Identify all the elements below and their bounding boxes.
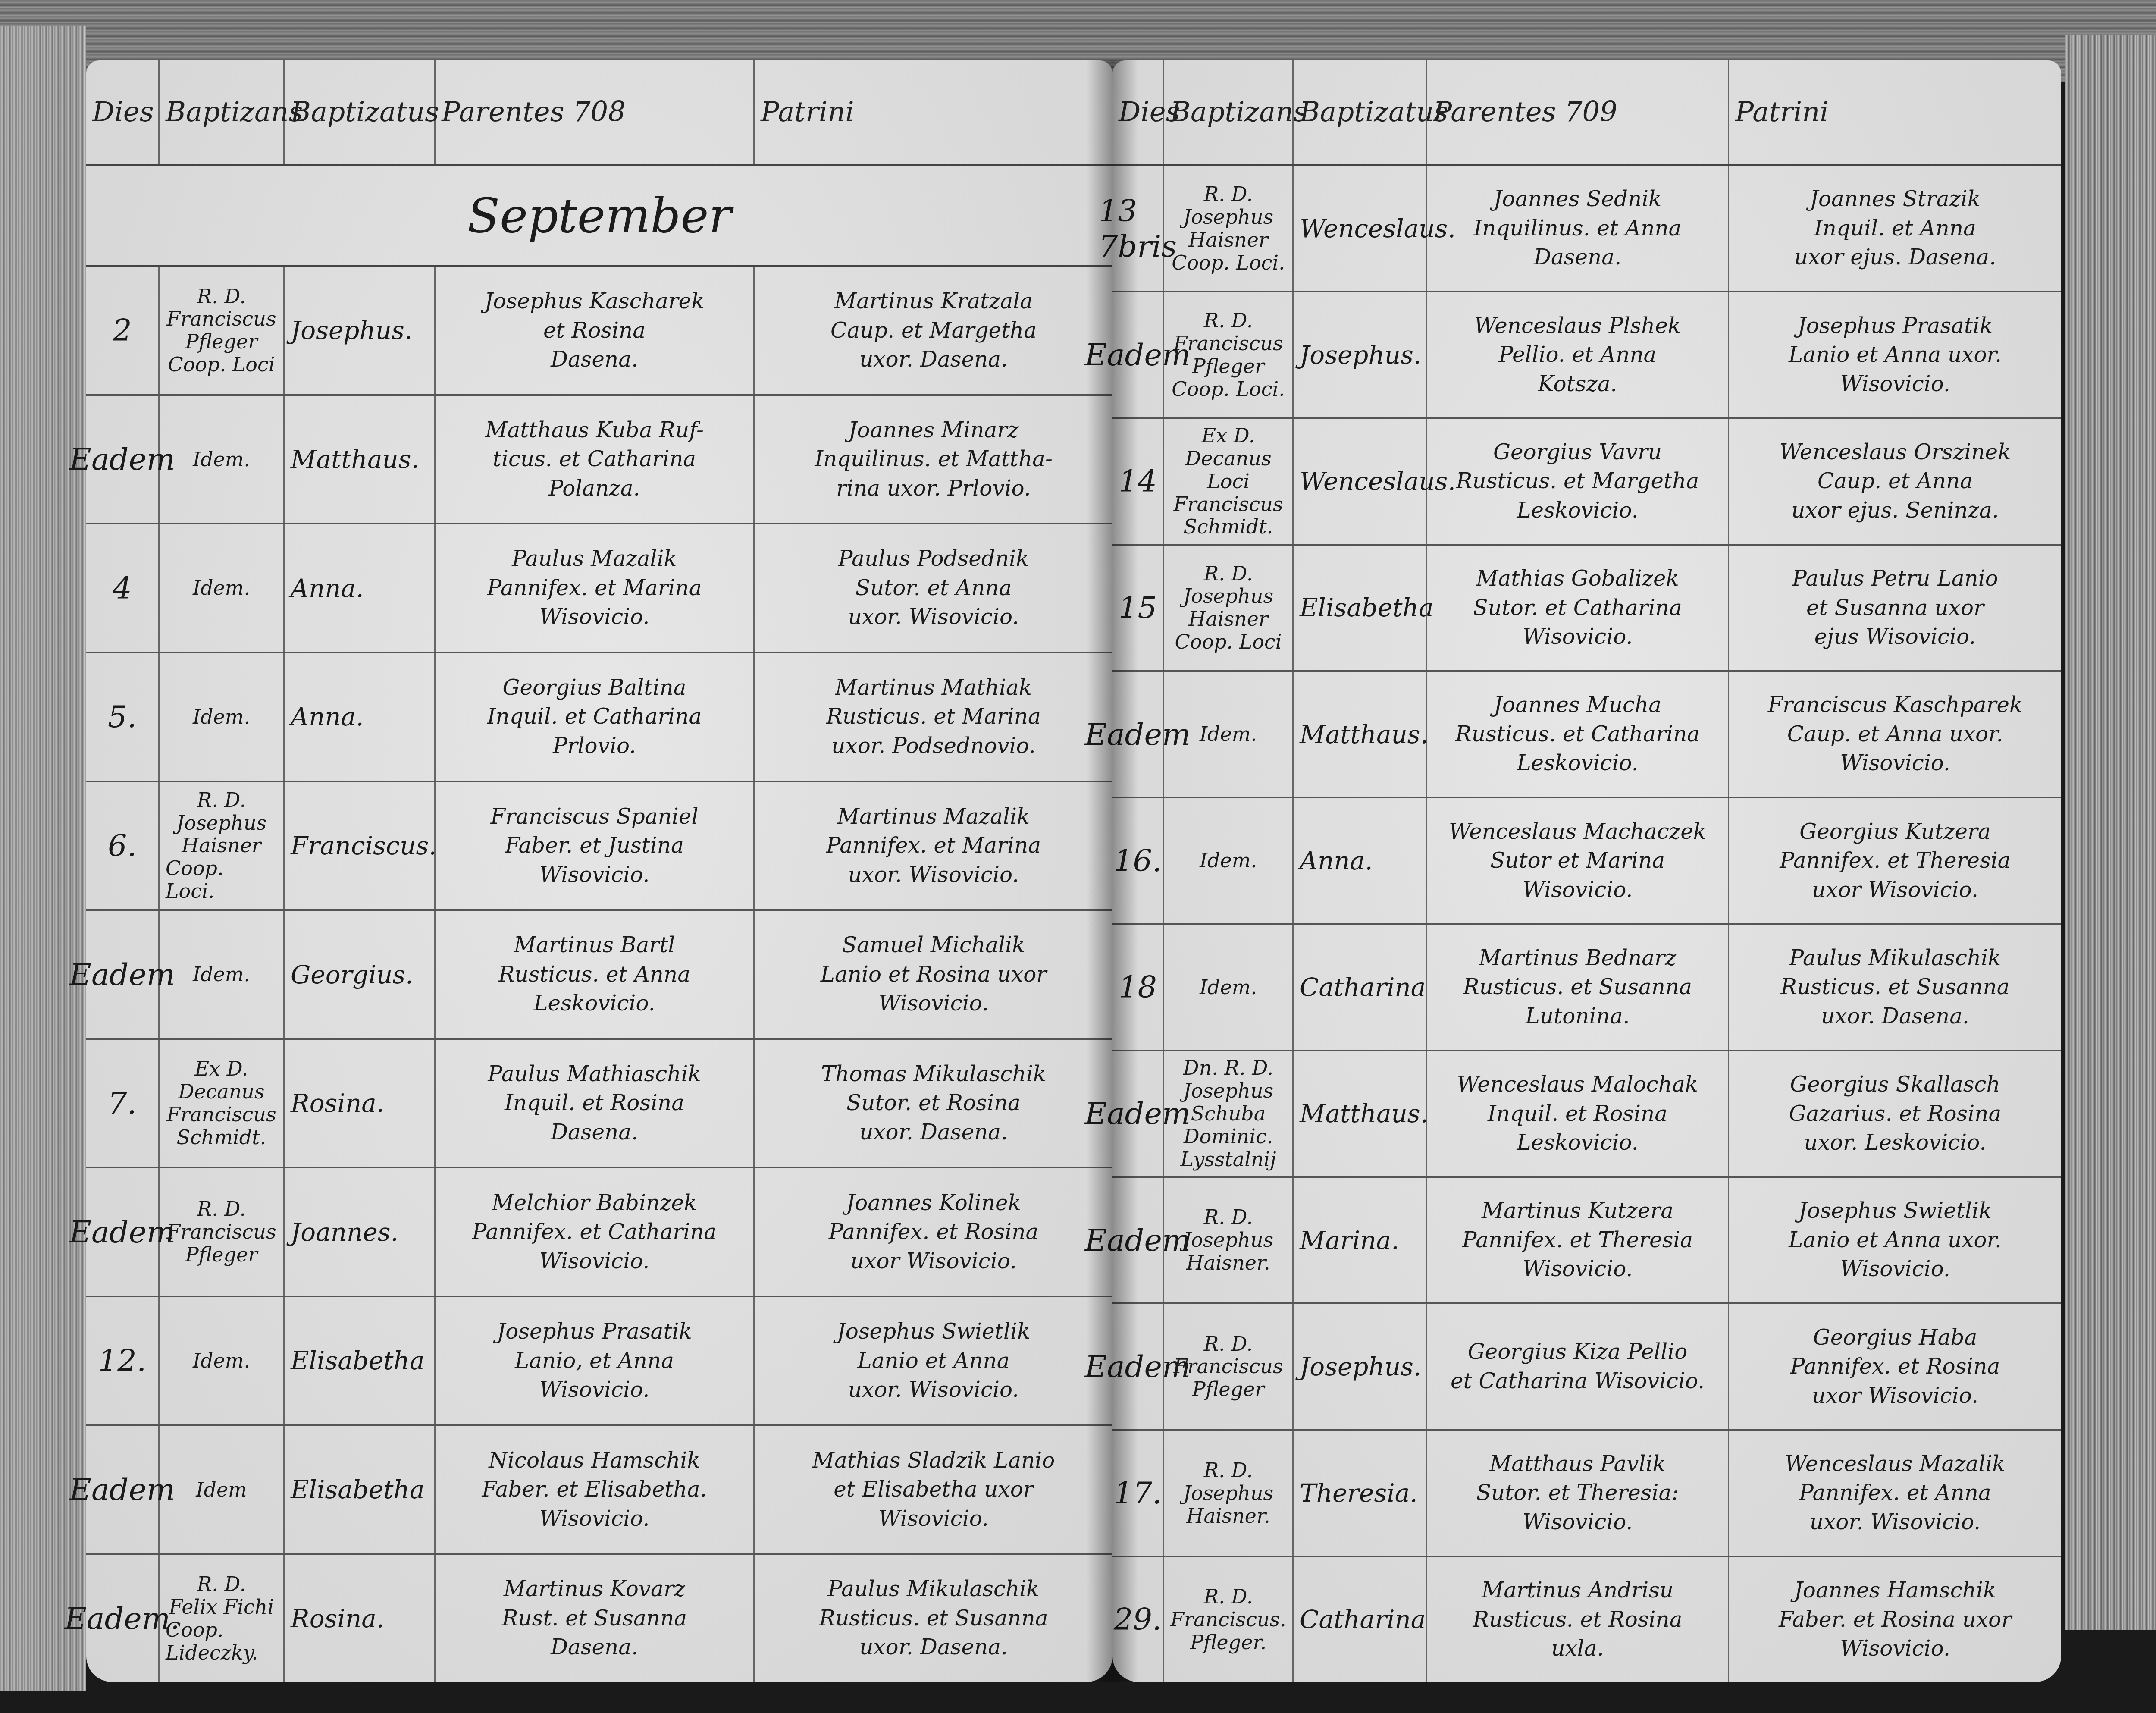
register-entry: 17.R. D.JosephusHaisner.Theresia.Matthau…: [1112, 1431, 2061, 1557]
entry-baptizans-line: Decanus: [1185, 447, 1271, 470]
entry-patrini-line: Sutor. et Rosina: [846, 1089, 1021, 1118]
entry-parentes-line: Matthaus Pavlik: [1489, 1449, 1666, 1479]
entry-baptizans-line: Idem.: [193, 963, 250, 986]
entry-baptizans-line: R. D.: [197, 1573, 246, 1596]
entry-patrini: Martinus KratzalaCaup. et Margethauxor. …: [755, 267, 1112, 394]
entry-baptizans-line: Idem: [196, 1478, 247, 1501]
entry-baptizans-line: Schmidt.: [177, 1126, 266, 1149]
entry-baptizatus: Elisabetha: [285, 1426, 436, 1553]
entry-patrini-line: Pannifex. et Rosina: [829, 1217, 1039, 1247]
entry-patrini-line: Pannifex. et Rosina: [1790, 1352, 2000, 1381]
entry-baptizans-line: Josephus: [1183, 1229, 1273, 1252]
left-page: Dies Baptizans Baptizatus Parentes 708 P…: [86, 60, 1112, 1682]
entry-baptizatus: Franciscus.: [285, 782, 436, 910]
entry-baptizans: Idem.: [160, 524, 285, 652]
entry-baptizans-line: Haisner.: [1186, 1505, 1270, 1528]
entry-baptizans-line: R. D.: [1204, 183, 1253, 206]
entry-patrini-line: uxor. Wisovicio.: [848, 860, 1019, 890]
entry-baptizans-line: R. D.: [1204, 1585, 1253, 1608]
entry-parentes: Georgius VavruRusticus. et MargethaLesko…: [1427, 419, 1729, 544]
entry-baptizans-line: R. D.: [1204, 1333, 1253, 1355]
entry-parentes: Georgius Kiza Pellioet Catharina Wisovic…: [1427, 1304, 1729, 1429]
book-gutter: [1087, 60, 1138, 1682]
entry-baptizans-line: Schmidt.: [1184, 515, 1273, 538]
entry-baptizans: Idem.: [1164, 925, 1294, 1050]
entry-parentes: Nicolaus HamschikFaber. et Elisabetha.Wi…: [436, 1426, 755, 1553]
entry-parentes-line: Joannes Mucha: [1494, 690, 1661, 720]
entry-day: Eadem.: [86, 1555, 160, 1682]
entry-patrini-line: Lanio et Anna: [857, 1346, 1009, 1376]
entry-baptizatus: Wenceslaus.: [1294, 419, 1427, 544]
entry-parentes: Paulus MazalikPannifex. et MarinaWisovic…: [436, 524, 755, 652]
page-number: 709: [1565, 96, 1617, 128]
header-parentes-label: Parentes: [442, 96, 564, 128]
entry-baptizans-line: Dn. R. D.: [1183, 1057, 1274, 1079]
entry-baptizans-line: Coop. Lideczky.: [166, 1619, 277, 1664]
entry-patrini-line: uxor. Podsednovio.: [831, 731, 1035, 761]
entry-patrini-line: uxor Wisovicio.: [1812, 875, 1978, 905]
entry-parentes-line: Kotsza.: [1538, 370, 1617, 399]
entry-patrini: Paulus MikulaschikRusticus. et Susannaux…: [1729, 925, 2061, 1050]
entry-parentes-line: Wisovicio.: [539, 602, 650, 632]
entry-patrini: Martinus MazalikPannifex. et Marinauxor.…: [755, 782, 1112, 910]
entry-patrini-line: uxor. Leskovicio.: [1804, 1128, 1987, 1158]
entry-day: 5.: [86, 653, 160, 781]
entry-baptizans-line: Josephus: [1183, 206, 1273, 229]
entry-baptizatus: Matthaus.: [1294, 1051, 1427, 1176]
entry-parentes: Martinus KutzeraPannifex. et TheresiaWis…: [1427, 1178, 1729, 1302]
entry-baptizans-line: R. D.: [1204, 562, 1253, 585]
entry-patrini-line: uxor ejus. Seninza.: [1791, 496, 1999, 525]
entry-patrini: Josephus SwietlikLanio et Annauxor. Wiso…: [755, 1297, 1112, 1424]
entry-baptizans-line: R. D.: [197, 1198, 246, 1220]
entry-patrini-line: Georgius Haba: [1813, 1323, 1977, 1352]
entry-patrini: Joannes StrazikInquil. et Annauxor ejus.…: [1729, 166, 2061, 291]
entry-parentes-line: Wisovicio.: [1523, 1255, 1633, 1284]
entry-parentes-line: Rusticus. et Margetha: [1456, 467, 1699, 496]
entry-patrini-line: uxor. Dasena.: [1821, 1002, 1969, 1031]
entry-parentes-line: Wisovicio.: [539, 1247, 650, 1276]
entry-parentes-line: Dasena.: [551, 1633, 638, 1662]
entry-parentes-line: Wisovicio.: [539, 1504, 650, 1534]
entry-patrini-line: Paulus Mikulaschik: [1789, 944, 2001, 973]
entry-parentes-line: Franciscus Spaniel: [491, 802, 699, 831]
entry-patrini-line: Wisovicio.: [1840, 1634, 1950, 1663]
entry-patrini: Wenceslaus OrszinekCaup. et Annauxor eju…: [1729, 419, 2061, 544]
entry-parentes-line: Inquil. et Rosina: [1488, 1099, 1667, 1129]
entry-patrini-line: Sutor. et Anna: [856, 574, 1012, 603]
register-entry: 4Idem.Anna.Paulus MazalikPannifex. et Ma…: [86, 524, 1112, 653]
entry-patrini-line: Wisovicio.: [1840, 1255, 1950, 1284]
entry-parentes-line: Wisovicio.: [539, 1375, 650, 1405]
entry-baptizans-line: Coop. Loci.: [166, 857, 277, 903]
entry-patrini-line: Lanio et Anna uxor.: [1789, 1226, 2002, 1255]
entry-parentes-line: Matthaus Kuba Ruf-: [485, 416, 704, 445]
entry-baptizans: R. D.JosephusHaisner.: [1164, 1431, 1294, 1556]
entry-parentes-line: Georgius Kiza Pellio: [1468, 1337, 1688, 1367]
entry-baptizans-line: Idem.: [1200, 849, 1257, 872]
entry-parentes-line: Sutor. et Catharina: [1473, 593, 1682, 623]
register-entry: 13 7brisR. D.JosephusHaisnerCoop. Loci.W…: [1112, 166, 2061, 292]
entry-patrini-line: Paulus Mikulaschik: [828, 1575, 1040, 1604]
entry-parentes: Matthaus PavlikSutor. et Theresia:Wisovi…: [1427, 1431, 1729, 1556]
entry-patrini-line: Faber. et Rosina uxor: [1779, 1605, 2012, 1635]
register-entry: 14Ex D.DecanusLociFranciscusSchmidt.Wenc…: [1112, 419, 2061, 546]
entry-patrini-line: Caup. et Anna uxor.: [1787, 720, 2003, 749]
entry-parentes-line: Nicolaus Hamschik: [489, 1446, 700, 1475]
page-number: 708: [573, 96, 626, 128]
entry-baptizans-line: R. D.: [1204, 309, 1253, 332]
entry-parentes-line: Inquil. et Rosina: [505, 1089, 684, 1118]
entry-day: Eadem: [86, 396, 160, 523]
entry-baptizans: R. D.JosephusHaisner.: [1164, 1178, 1294, 1302]
entry-baptizans-line: Josephus: [1183, 1079, 1273, 1102]
entry-patrini: Samuel MichalikLanio et Rosina uxorWisov…: [755, 911, 1112, 1038]
entry-parentes: Paulus MathiaschikInquil. et RosinaDasen…: [436, 1040, 755, 1167]
right-register-table: Dies Baptizans Baptizatus Parentes 709 P…: [1112, 60, 2061, 1682]
entry-parentes-line: Lanio, et Anna: [515, 1346, 674, 1376]
entry-baptizatus: Matthaus.: [1294, 672, 1427, 797]
entry-baptizans-line: Idem.: [193, 706, 250, 728]
right-page-stack: [2065, 35, 2156, 1630]
header-parentes: Parentes 709: [1427, 60, 1729, 164]
header-baptizans: Baptizans: [160, 60, 285, 164]
entry-baptizans-line: Pfleger.: [1190, 1631, 1266, 1654]
entry-parentes: Josephus PrasatikLanio, et AnnaWisovicio…: [436, 1297, 755, 1424]
entry-patrini-line: et Elisabetha uxor: [834, 1475, 1034, 1504]
entry-parentes: Martinus BartlRusticus. et AnnaLeskovici…: [436, 911, 755, 1038]
entry-day: 6.: [86, 782, 160, 910]
entry-baptizans-line: Idem.: [1200, 723, 1257, 746]
register-entry: 7.Ex D.DecanusFranciscusSchmidt.Rosina.P…: [86, 1040, 1112, 1169]
entry-baptizans-line: R. D.: [1204, 1459, 1253, 1482]
entry-patrini-line: Martinus Kratzala: [834, 287, 1033, 316]
entry-parentes-line: et Rosina: [543, 316, 646, 345]
entry-patrini-line: Paulus Petru Lanio: [1792, 564, 1998, 593]
entry-patrini-line: Inquilinus. et Mattha-: [815, 445, 1053, 474]
entry-patrini-line: Martinus Mathiak: [835, 673, 1032, 703]
entry-patrini-line: uxor. Wisovicio.: [1810, 1508, 1981, 1537]
entry-baptizans: Idem: [160, 1426, 285, 1553]
entry-patrini: Georgius HabaPannifex. et Rosinauxor Wis…: [1729, 1304, 2061, 1429]
entry-baptizans-line: R. D.: [197, 789, 246, 812]
entry-baptizans-line: Idem.: [193, 448, 250, 471]
register-entry: EademDn. R. D.JosephusSchubaDominic.Lyss…: [1112, 1051, 2061, 1178]
entry-parentes-line: Faber. et Elisabetha.: [482, 1475, 707, 1504]
entry-patrini-line: Wisovicio.: [1840, 749, 1950, 778]
entry-parentes-line: Wenceslaus Plshek: [1474, 311, 1681, 341]
entry-patrini-line: Wisovicio.: [878, 1504, 989, 1534]
entry-parentes-line: Mathias Gobalizek: [1476, 564, 1679, 593]
entry-parentes-line: Joannes Sednik: [1494, 185, 1662, 214]
entry-patrini: Franciscus KaschparekCaup. et Anna uxor.…: [1729, 672, 2061, 797]
entry-baptizans: Idem.: [160, 396, 285, 523]
entry-parentes-line: Melchior Babinzek: [492, 1189, 697, 1218]
entry-patrini: Georgius SkallaschGazarius. et Rosinauxo…: [1729, 1051, 2061, 1176]
entry-baptizans-line: Haisner.: [1186, 1252, 1270, 1274]
register-entry: 6.R. D.JosephusHaisnerCoop. Loci.Francis…: [86, 782, 1112, 911]
register-entry: EademIdem.Georgius.Martinus BartlRusticu…: [86, 911, 1112, 1040]
entry-patrini-line: uxor ejus. Dasena.: [1794, 243, 1996, 272]
entry-baptizans-line: Haisner: [182, 834, 261, 857]
entry-patrini-line: uxor Wisovicio.: [1812, 1381, 1978, 1411]
header-baptizans: Baptizans: [1164, 60, 1294, 164]
entry-baptizans: Idem.: [1164, 798, 1294, 923]
entry-parentes-line: uxla.: [1551, 1634, 1604, 1663]
entry-baptizatus: Anna.: [285, 524, 436, 652]
entry-baptizans: Idem.: [160, 1297, 285, 1424]
entry-baptizans-line: Lysstalnij: [1180, 1148, 1276, 1171]
entry-baptizans: R. D.FranciscusPflegerCoop. Loci.: [1164, 292, 1294, 417]
entry-baptizans-line: Idem.: [1200, 976, 1257, 999]
entry-patrini: Thomas MikulaschikSutor. et Rosinauxor. …: [755, 1040, 1112, 1167]
entry-day: Eadem: [86, 1426, 160, 1553]
entry-baptizans: Idem.: [160, 911, 285, 1038]
entry-patrini-line: uxor. Wisovicio.: [848, 602, 1019, 632]
entry-baptizans-line: Loci: [1207, 470, 1250, 493]
entry-parentes-line: Pellio. et Anna: [1499, 340, 1657, 370]
entry-parentes-line: Wisovicio.: [1523, 1508, 1633, 1537]
entry-patrini-line: Joannes Hamschik: [1794, 1576, 1996, 1605]
entry-parentes-line: Rusticus. et Anna: [498, 960, 690, 989]
entry-patrini-line: Wenceslaus Orszinek: [1780, 438, 2011, 467]
entry-patrini-line: uxor. Dasena.: [859, 1118, 1008, 1147]
entry-parentes-line: Wenceslaus Machaczek: [1449, 817, 1706, 847]
entry-patrini: Paulus MikulaschikRusticus. et Susannaux…: [755, 1555, 1112, 1682]
entry-parentes-line: Wisovicio.: [1523, 622, 1633, 652]
entry-baptizatus: Anna.: [285, 653, 436, 781]
right-page: Dies Baptizans Baptizatus Parentes 709 P…: [1112, 60, 2061, 1682]
entry-baptizans-line: Felix Fichi: [169, 1596, 274, 1619]
entry-baptizans-line: Schuba: [1191, 1102, 1266, 1125]
entry-baptizans-line: Haisner: [1188, 229, 1268, 251]
entry-baptizatus: Elisabetha: [285, 1297, 436, 1424]
entry-parentes-line: Sutor et Marina: [1490, 846, 1665, 875]
entry-parentes-line: Leskovicio.: [1517, 496, 1638, 525]
entry-baptizatus: Catharina: [1294, 1557, 1427, 1682]
register-entry: 15R. D.JosephusHaisnerCoop. LociElisabet…: [1112, 546, 2061, 672]
entry-parentes-line: Wisovicio.: [539, 860, 650, 890]
entry-parentes-line: Pannifex. et Theresia: [1462, 1226, 1693, 1255]
entry-parentes-line: Prlovio.: [553, 731, 636, 761]
entry-parentes-line: Pannifex. et Marina: [487, 574, 702, 603]
entry-patrini-line: Inquil. et Anna: [1814, 214, 1976, 243]
entry-patrini: Josephus PrasatikLanio et Anna uxor.Wiso…: [1729, 292, 2061, 417]
entry-day: 7.: [86, 1040, 160, 1167]
entry-parentes: Melchior BabinzekPannifex. et CatharinaW…: [436, 1168, 755, 1296]
entry-baptizans-line: Idem.: [193, 577, 250, 599]
entry-baptizatus: Wenceslaus.: [1294, 166, 1427, 291]
entry-baptizans: R. D.JosephusHaisnerCoop. Loci: [1164, 546, 1294, 670]
entry-parentes-line: Dasena.: [1534, 243, 1621, 272]
entry-patrini-line: uxor Wisovicio.: [850, 1247, 1017, 1276]
entry-patrini-line: Pannifex. et Anna: [1799, 1478, 1991, 1508]
entry-baptizans-line: R. D.: [197, 285, 246, 308]
entry-patrini-line: Rusticus. et Susanna: [1781, 973, 2010, 1002]
register-entry: EademIdemElisabethaNicolaus HamschikFabe…: [86, 1426, 1112, 1555]
entry-parentes-line: Rusticus. et Susanna: [1463, 973, 1692, 1002]
entry-patrini-line: Rusticus. et Marina: [826, 702, 1041, 731]
entry-patrini: Martinus MathiakRusticus. et Marinauxor.…: [755, 653, 1112, 781]
header-patrini: Patrini: [1729, 60, 2061, 164]
entry-patrini-line: uxor. Dasena.: [859, 1633, 1008, 1662]
entry-parentes-line: Josephus Prasatik: [497, 1317, 692, 1346]
entry-patrini: Georgius KutzeraPannifex. et Theresiauxo…: [1729, 798, 2061, 923]
entry-parentes-line: Lutonina.: [1526, 1002, 1630, 1031]
entry-baptizans-line: Josephus: [1183, 1482, 1273, 1505]
header-parentes: Parentes 708: [436, 60, 755, 164]
entry-patrini-line: Josephus Swietlik: [1799, 1196, 1992, 1226]
entry-baptizans-line: Franciscus: [1173, 332, 1283, 355]
entry-parentes-line: Josephus Kascharek: [485, 287, 705, 316]
entry-parentes: Josephus Kaschareket RosinaDasena.: [436, 267, 755, 394]
register-entry: EademR. D.FranciscusPflegerJosephus.Geor…: [1112, 1304, 2061, 1431]
entry-baptizatus: Georgius.: [285, 911, 436, 1038]
entry-patrini: Joannes HamschikFaber. et Rosina uxorWis…: [1729, 1557, 2061, 1682]
register-entry: EademR. D.FranciscusPflegerJoannes.Melch…: [86, 1168, 1112, 1297]
entry-parentes-line: ticus. et Catharina: [493, 445, 696, 474]
entry-patrini-line: Martinus Mazalik: [837, 802, 1030, 831]
entry-patrini-line: Rusticus. et Susanna: [819, 1604, 1048, 1633]
left-page-stack: [0, 26, 86, 1691]
header-parentes-label: Parentes: [1433, 96, 1556, 128]
entry-patrini: Joannes KolinekPannifex. et Rosinauxor W…: [755, 1168, 1112, 1296]
entry-patrini-line: Mathias Sladzik Lanio: [812, 1446, 1055, 1475]
entry-baptizans: Idem.: [160, 653, 285, 781]
entry-baptizans: Ex D.DecanusLociFranciscusSchmidt.: [1164, 419, 1294, 544]
entry-parentes: Mathias GobalizekSutor. et CatharinaWiso…: [1427, 546, 1729, 670]
register-entry: EademIdem.Matthaus.Joannes MuchaRusticus…: [1112, 672, 2061, 798]
entry-baptizans-line: Franciscus: [166, 1220, 276, 1243]
entry-patrini: Wenceslaus MazalikPannifex. et Annauxor.…: [1729, 1431, 2061, 1556]
entry-baptizans-line: Franciscus: [166, 1103, 276, 1126]
entry-baptizans-line: Decanus: [178, 1080, 264, 1103]
entry-patrini-line: Josephus Prasatik: [1798, 311, 1993, 341]
entry-baptizatus: Rosina.: [285, 1040, 436, 1167]
entry-parentes: Matthaus Kuba Ruf-ticus. et CatharinaPol…: [436, 396, 755, 523]
entry-parentes-line: Rust. et Susanna: [502, 1604, 687, 1633]
entry-parentes: Wenceslaus MachaczekSutor et MarinaWisov…: [1427, 798, 1729, 923]
header-baptizatus: Baptizatus: [1294, 60, 1427, 164]
entry-patrini-line: et Susanna uxor: [1806, 593, 1984, 623]
entry-patrini-line: rina uxor. Prlovio.: [836, 474, 1031, 503]
entry-baptizatus: Anna.: [1294, 798, 1427, 923]
entry-patrini-line: Gazarius. et Rosina: [1789, 1099, 2001, 1129]
entry-patrini-line: Joannes Strazik: [1810, 185, 1981, 214]
register-entry: EademIdem.Matthaus.Matthaus Kuba Ruf-tic…: [86, 396, 1112, 525]
entry-patrini: Paulus PodsednikSutor. et Annauxor. Wiso…: [755, 524, 1112, 652]
entry-patrini-line: Caup. et Anna: [1818, 467, 1973, 496]
entry-baptizans-line: Franciscus: [1173, 1355, 1283, 1378]
entry-baptizans: R. D.FranciscusPflegerCoop. Loci: [160, 267, 285, 394]
entry-baptizans-line: Coop. Loci.: [1172, 251, 1285, 274]
entry-baptizans-line: Franciscus.: [1170, 1608, 1286, 1631]
entry-patrini-line: Franciscus Kaschparek: [1768, 690, 2023, 720]
entry-patrini: Joannes MinarzInquilinus. et Mattha-rina…: [755, 396, 1112, 523]
left-header-row: Dies Baptizans Baptizatus Parentes 708 P…: [86, 60, 1112, 166]
entry-baptizans-line: Pfleger: [1192, 1378, 1265, 1401]
entry-baptizans-line: Ex D.: [194, 1057, 248, 1080]
entry-baptizans-line: Haisner: [1188, 608, 1268, 631]
register-entry: Eadem.R. D.Felix FichiCoop. Lideczky.Ros…: [86, 1555, 1112, 1682]
entry-baptizans-line: R. D.: [1204, 1206, 1253, 1229]
entry-patrini-line: ejus Wisovicio.: [1814, 622, 1976, 652]
header-patrini: Patrini: [755, 60, 1112, 164]
entry-patrini-line: uxor. Dasena.: [859, 345, 1008, 374]
entry-baptizans-line: Ex D.: [1201, 424, 1255, 447]
entry-patrini-line: Lanio et Anna uxor.: [1789, 340, 2002, 370]
register-entry: 2R. D.FranciscusPflegerCoop. LociJosephu…: [86, 267, 1112, 396]
entry-baptizans: R. D.FranciscusPfleger: [160, 1168, 285, 1296]
entry-patrini-line: Wisovicio.: [1840, 370, 1950, 399]
entry-patrini-line: Josephus Swietlik: [837, 1317, 1030, 1346]
entry-patrini-line: Georgius Skallasch: [1790, 1070, 2000, 1099]
entry-patrini-line: uxor. Wisovicio.: [848, 1375, 1019, 1405]
register-entry: 18Idem.CatharinaMartinus BednarzRusticus…: [1112, 925, 2061, 1051]
entry-patrini-line: Caup. et Margetha: [830, 316, 1037, 345]
entry-baptizatus: Catharina: [1294, 925, 1427, 1050]
register-entry: 5.Idem.Anna.Georgius BaltinaInquil. et C…: [86, 653, 1112, 782]
right-header-row: Dies Baptizans Baptizatus Parentes 709 P…: [1112, 60, 2061, 166]
entry-patrini-line: Samuel Michalik: [842, 931, 1025, 960]
entry-baptizatus: Josephus.: [285, 267, 436, 394]
entry-baptizans-line: Dominic.: [1184, 1125, 1273, 1148]
entry-baptizans: Ex D.DecanusFranciscusSchmidt.: [160, 1040, 285, 1167]
entry-parentes-line: Paulus Mathiaschik: [488, 1060, 701, 1089]
entry-parentes: Martinus BednarzRusticus. et SusannaLuto…: [1427, 925, 1729, 1050]
entry-parentes: Wenceslaus MalochakInquil. et RosinaLesk…: [1427, 1051, 1729, 1176]
entry-parentes-line: Leskovicio.: [533, 989, 655, 1018]
entry-baptizatus: Marina.: [1294, 1178, 1427, 1302]
entry-day: Eadem: [86, 911, 160, 1038]
entry-baptizatus: Theresia.: [1294, 1431, 1427, 1556]
entry-baptizans-line: Coop. Loci: [168, 353, 275, 376]
entry-baptizatus: Matthaus.: [285, 396, 436, 523]
register-entry: 29.R. D.Franciscus.Pfleger.CatharinaMart…: [1112, 1557, 2061, 1682]
entry-parentes-line: Georgius Baltina: [503, 673, 686, 703]
entry-parentes-line: Leskovicio.: [1517, 749, 1638, 778]
entry-patrini-line: Wenceslaus Mazalik: [1785, 1449, 2005, 1479]
header-day: Dies: [86, 60, 160, 164]
header-baptizatus: Baptizatus: [285, 60, 436, 164]
entry-parentes: Joannes MuchaRusticus. et CatharinaLesko…: [1427, 672, 1729, 797]
entry-parentes: Martinus AndrisuRusticus. et Rosinauxla.: [1427, 1557, 1729, 1682]
entry-baptizatus: Joannes.: [285, 1168, 436, 1296]
right-entries: 13 7brisR. D.JosephusHaisnerCoop. Loci.W…: [1112, 166, 2061, 1682]
entry-baptizatus: Elisabetha: [1294, 546, 1427, 670]
entry-parentes-line: Sutor. et Theresia:: [1476, 1478, 1679, 1508]
entry-baptizatus: Josephus.: [1294, 292, 1427, 417]
entry-patrini-line: Pannifex. et Marina: [826, 831, 1041, 860]
entry-parentes-line: Pannifex. et Catharina: [472, 1217, 717, 1247]
entry-parentes-line: Inquilinus. et Anna: [1474, 214, 1682, 243]
entry-baptizans-line: Franciscus: [1173, 493, 1283, 516]
entry-parentes-line: Dasena.: [551, 345, 638, 374]
entry-day: 12.: [86, 1297, 160, 1424]
entry-baptizans-line: Pfleger: [185, 1243, 258, 1266]
entry-parentes-line: Polanza.: [549, 474, 640, 503]
left-register-table: Dies Baptizans Baptizatus Parentes 708 P…: [86, 60, 1112, 1682]
entry-baptizans: Idem.: [1164, 672, 1294, 797]
entry-baptizans-line: Coop. Loci.: [1172, 378, 1285, 401]
entry-day: 4: [86, 524, 160, 652]
entry-baptizans: R. D.FranciscusPfleger: [1164, 1304, 1294, 1429]
entry-parentes: Georgius BaltinaInquil. et CatharinaPrlo…: [436, 653, 755, 781]
entry-baptizans: R. D.JosephusHaisnerCoop. Loci.: [1164, 166, 1294, 291]
entry-patrini: Josephus SwietlikLanio et Anna uxor.Wiso…: [1729, 1178, 2061, 1302]
entry-parentes-line: Martinus Bartl: [514, 931, 675, 960]
entry-patrini: Paulus Petru Lanioet Susanna uxorejus Wi…: [1729, 546, 2061, 670]
